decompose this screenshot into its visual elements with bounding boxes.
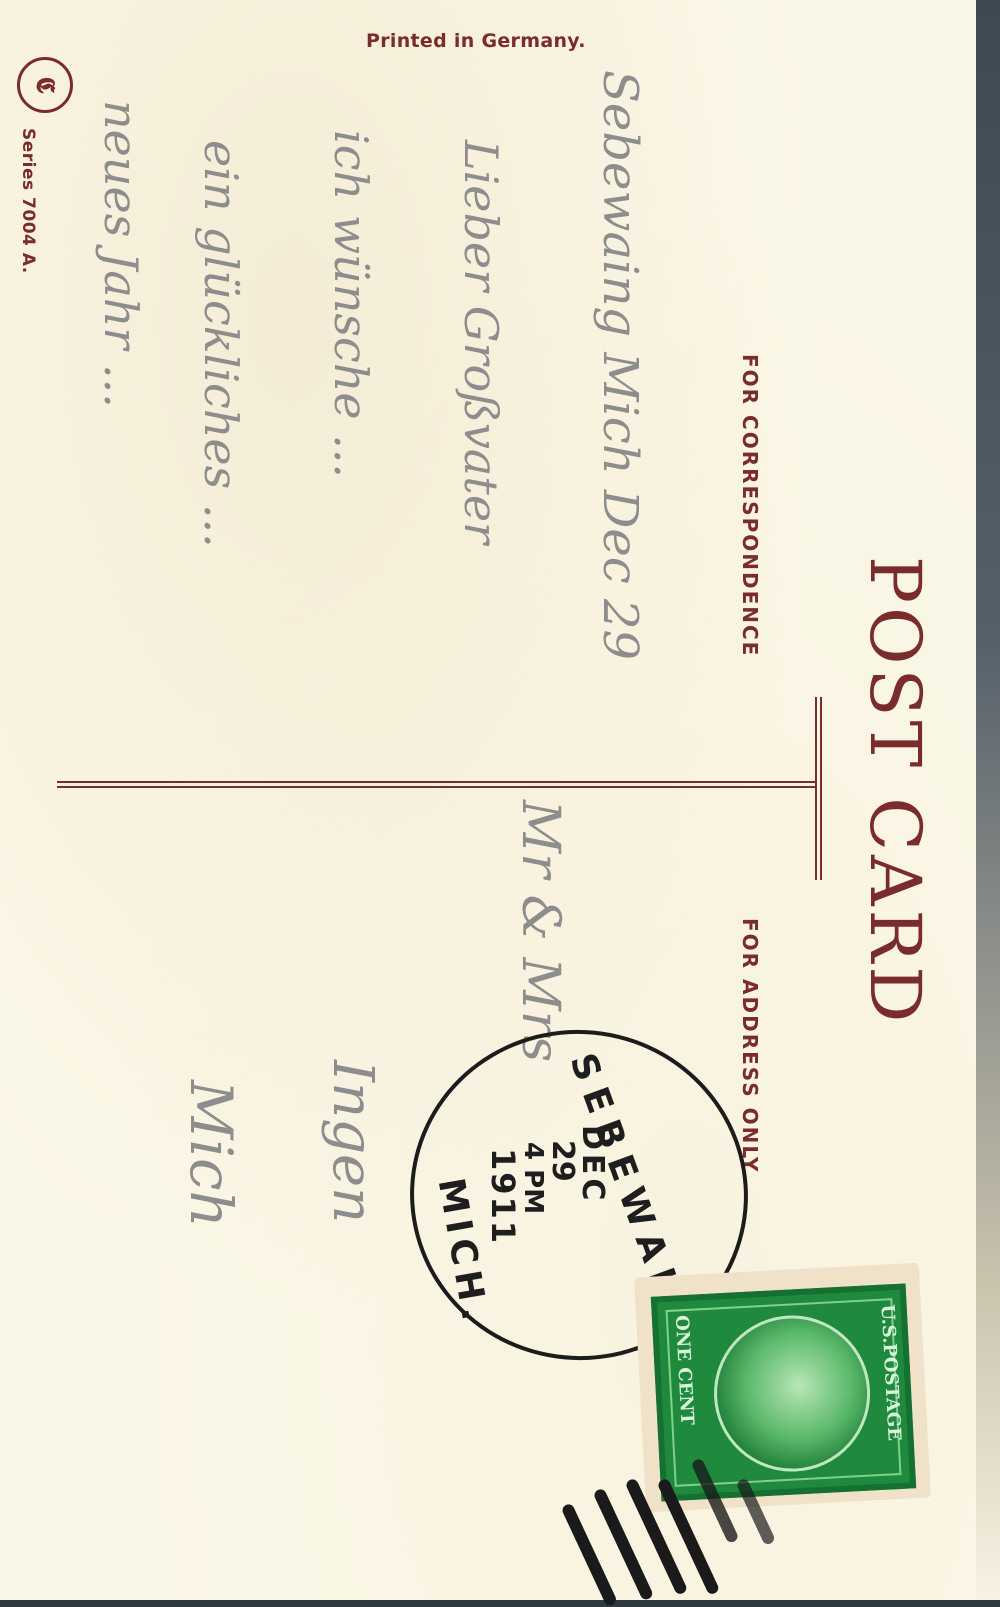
handwritten-address-line: Mich xyxy=(177,1080,245,1228)
printed-in-germany-imprint: Printed in Germany. xyxy=(366,30,586,52)
for-correspondence-label: FOR CORRESPONDENCE xyxy=(738,354,762,657)
handwritten-message-line: ich wünsche ... xyxy=(324,130,378,478)
divider-line-vertical xyxy=(815,697,817,880)
for-address-label: FOR ADDRESS ONLY xyxy=(738,918,762,1174)
handwritten-address-line: Mr & Mrs xyxy=(510,800,570,1062)
postcard: Printed in Germany. 𝕮 Series 7004 A. FOR… xyxy=(0,0,978,1600)
handwritten-message-line: Sebewaing Mich Dec 29 xyxy=(592,70,648,660)
postmark-year: 1911 xyxy=(484,1148,522,1245)
postmark-time: 4 PM xyxy=(518,1142,548,1214)
postage-stamp: U.S.POSTAGE ONE CENT xyxy=(651,1283,916,1501)
divider-line-horizontal xyxy=(57,781,817,783)
divider-line-vertical xyxy=(820,697,822,880)
publisher-monogram-logo-icon: 𝕮 xyxy=(17,57,73,113)
divider-line-horizontal xyxy=(57,786,817,788)
postmark-day: 29 xyxy=(545,1140,580,1182)
post-card-title: POST CARD xyxy=(860,556,930,1026)
card-edge-shadow xyxy=(976,0,1000,1600)
handwritten-address-line: Ingen xyxy=(320,1060,385,1223)
handwritten-message-line: neues Jahr ... xyxy=(94,100,148,408)
series-number: Series 7004 A. xyxy=(18,128,38,274)
handwritten-message-line: ein glückliches ... xyxy=(194,140,248,548)
postmark-month: DEC xyxy=(575,1125,610,1204)
handwritten-message-line: Lieber Großvater xyxy=(454,140,508,544)
